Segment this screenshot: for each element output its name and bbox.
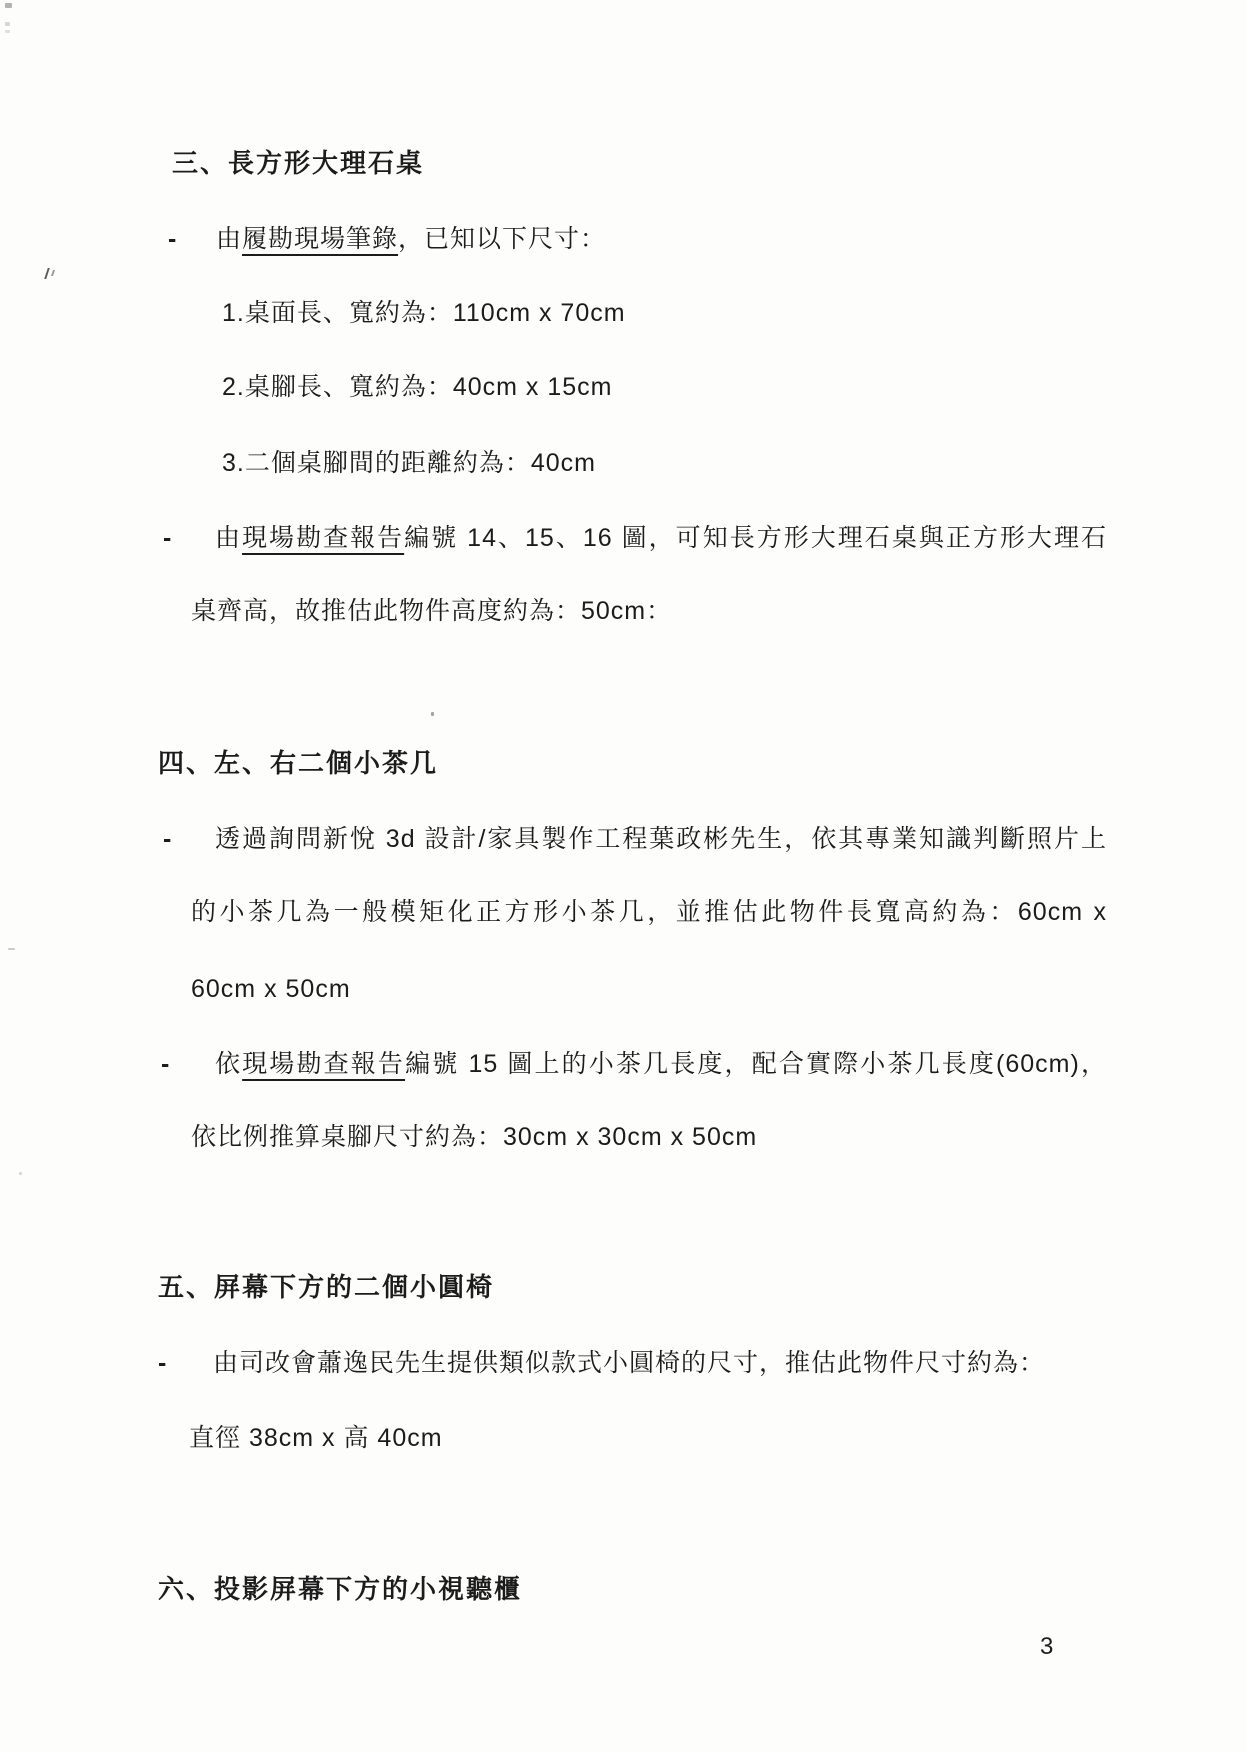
section-4-bullet-1-continuation: 的小茶几為一般模矩化正方形小茶几，並推估此物件長寬高約為：60cm x (191, 895, 1107, 929)
bullet-text: 編號 14、15、16 圖，可知長方形大理石桌與正方形大理石 (404, 524, 1107, 552)
scan-artifact (431, 712, 434, 716)
bullet-dash: - (163, 822, 171, 856)
section-4-bullet-2: 依現場勘查報告編號 15 圖上的小茶几長度，配合實際小茶几長度(60cm)， (215, 1047, 1107, 1081)
section-4-bullet-1: 透過詢問新悅 3d 設計/家具製作工程葉政彬先生，依其專業知識判斷照片上 (215, 822, 1107, 856)
bullet-text: 編號 15 圖上的小茶几長度，配合實際小茶几長度(60cm)， (405, 1050, 1107, 1078)
bullet-dash: - (168, 222, 176, 256)
bullet-text: ，已知以下尺寸： (398, 225, 606, 253)
section-3-bullet-2-continuation: 桌齊高，故推估此物件高度約為：50cm： (191, 594, 672, 628)
bullet-dash: - (163, 521, 171, 555)
document-page: 三、長方形大理石桌 - 由履勘現場筆錄，已知以下尺寸： 1.桌面長、寬約為：11… (0, 0, 1247, 1752)
scan-artifact (8, 948, 15, 950)
scan-artifact (44, 268, 58, 288)
section-3-bullet-1: 由履勘現場筆錄，已知以下尺寸： (216, 222, 606, 256)
section-4-bullet-1-continuation-2: 60cm x 50cm (191, 972, 351, 1006)
section-3-bullet-2: 由現場勘查報告編號 14、15、16 圖，可知長方形大理石桌與正方形大理石 (215, 521, 1107, 555)
underlined-text: 現場勘查報告 (242, 524, 404, 552)
section-3-item-3: 3.二個桌腳間的距離約為：40cm (222, 446, 596, 480)
bullet-dash: - (158, 1346, 166, 1380)
page-number: 3 (1040, 1630, 1054, 1664)
scan-artifact (5, 30, 10, 33)
section-3-heading: 三、長方形大理石桌 (172, 146, 424, 180)
bullet-text: 由 (216, 225, 242, 253)
section-5-bullet-1-continuation: 直徑 38cm x 高 40cm (189, 1421, 443, 1455)
underlined-text: 履勘現場筆錄 (242, 225, 398, 253)
scan-artifact (19, 1172, 22, 1175)
section-3-item-1: 1.桌面長、寬約為：110cm x 70cm (222, 296, 626, 330)
section-4-heading: 四、左、右二個小茶几 (158, 746, 438, 780)
section-4-bullet-2-continuation: 依比例推算桌腳尺寸約為：30cm x 30cm x 50cm (191, 1120, 757, 1154)
section-3-item-2: 2.桌腳長、寬約為：40cm x 15cm (222, 370, 613, 404)
section-6-heading: 六、投影屏幕下方的小視聽櫃 (158, 1572, 522, 1606)
scan-artifact (5, 22, 10, 26)
bullet-text: 依 (215, 1050, 242, 1078)
bullet-dash: - (161, 1047, 169, 1081)
bullet-text: 由 (215, 524, 242, 552)
section-5-heading: 五、屏幕下方的二個小圓椅 (158, 1270, 494, 1304)
scan-artifact (5, 3, 12, 8)
section-5-bullet-1: 由司改會蕭逸民先生提供類似款式小圓椅的尺寸，推估此物件尺寸約為： (213, 1346, 1045, 1380)
underlined-text: 現場勘查報告 (242, 1050, 405, 1078)
